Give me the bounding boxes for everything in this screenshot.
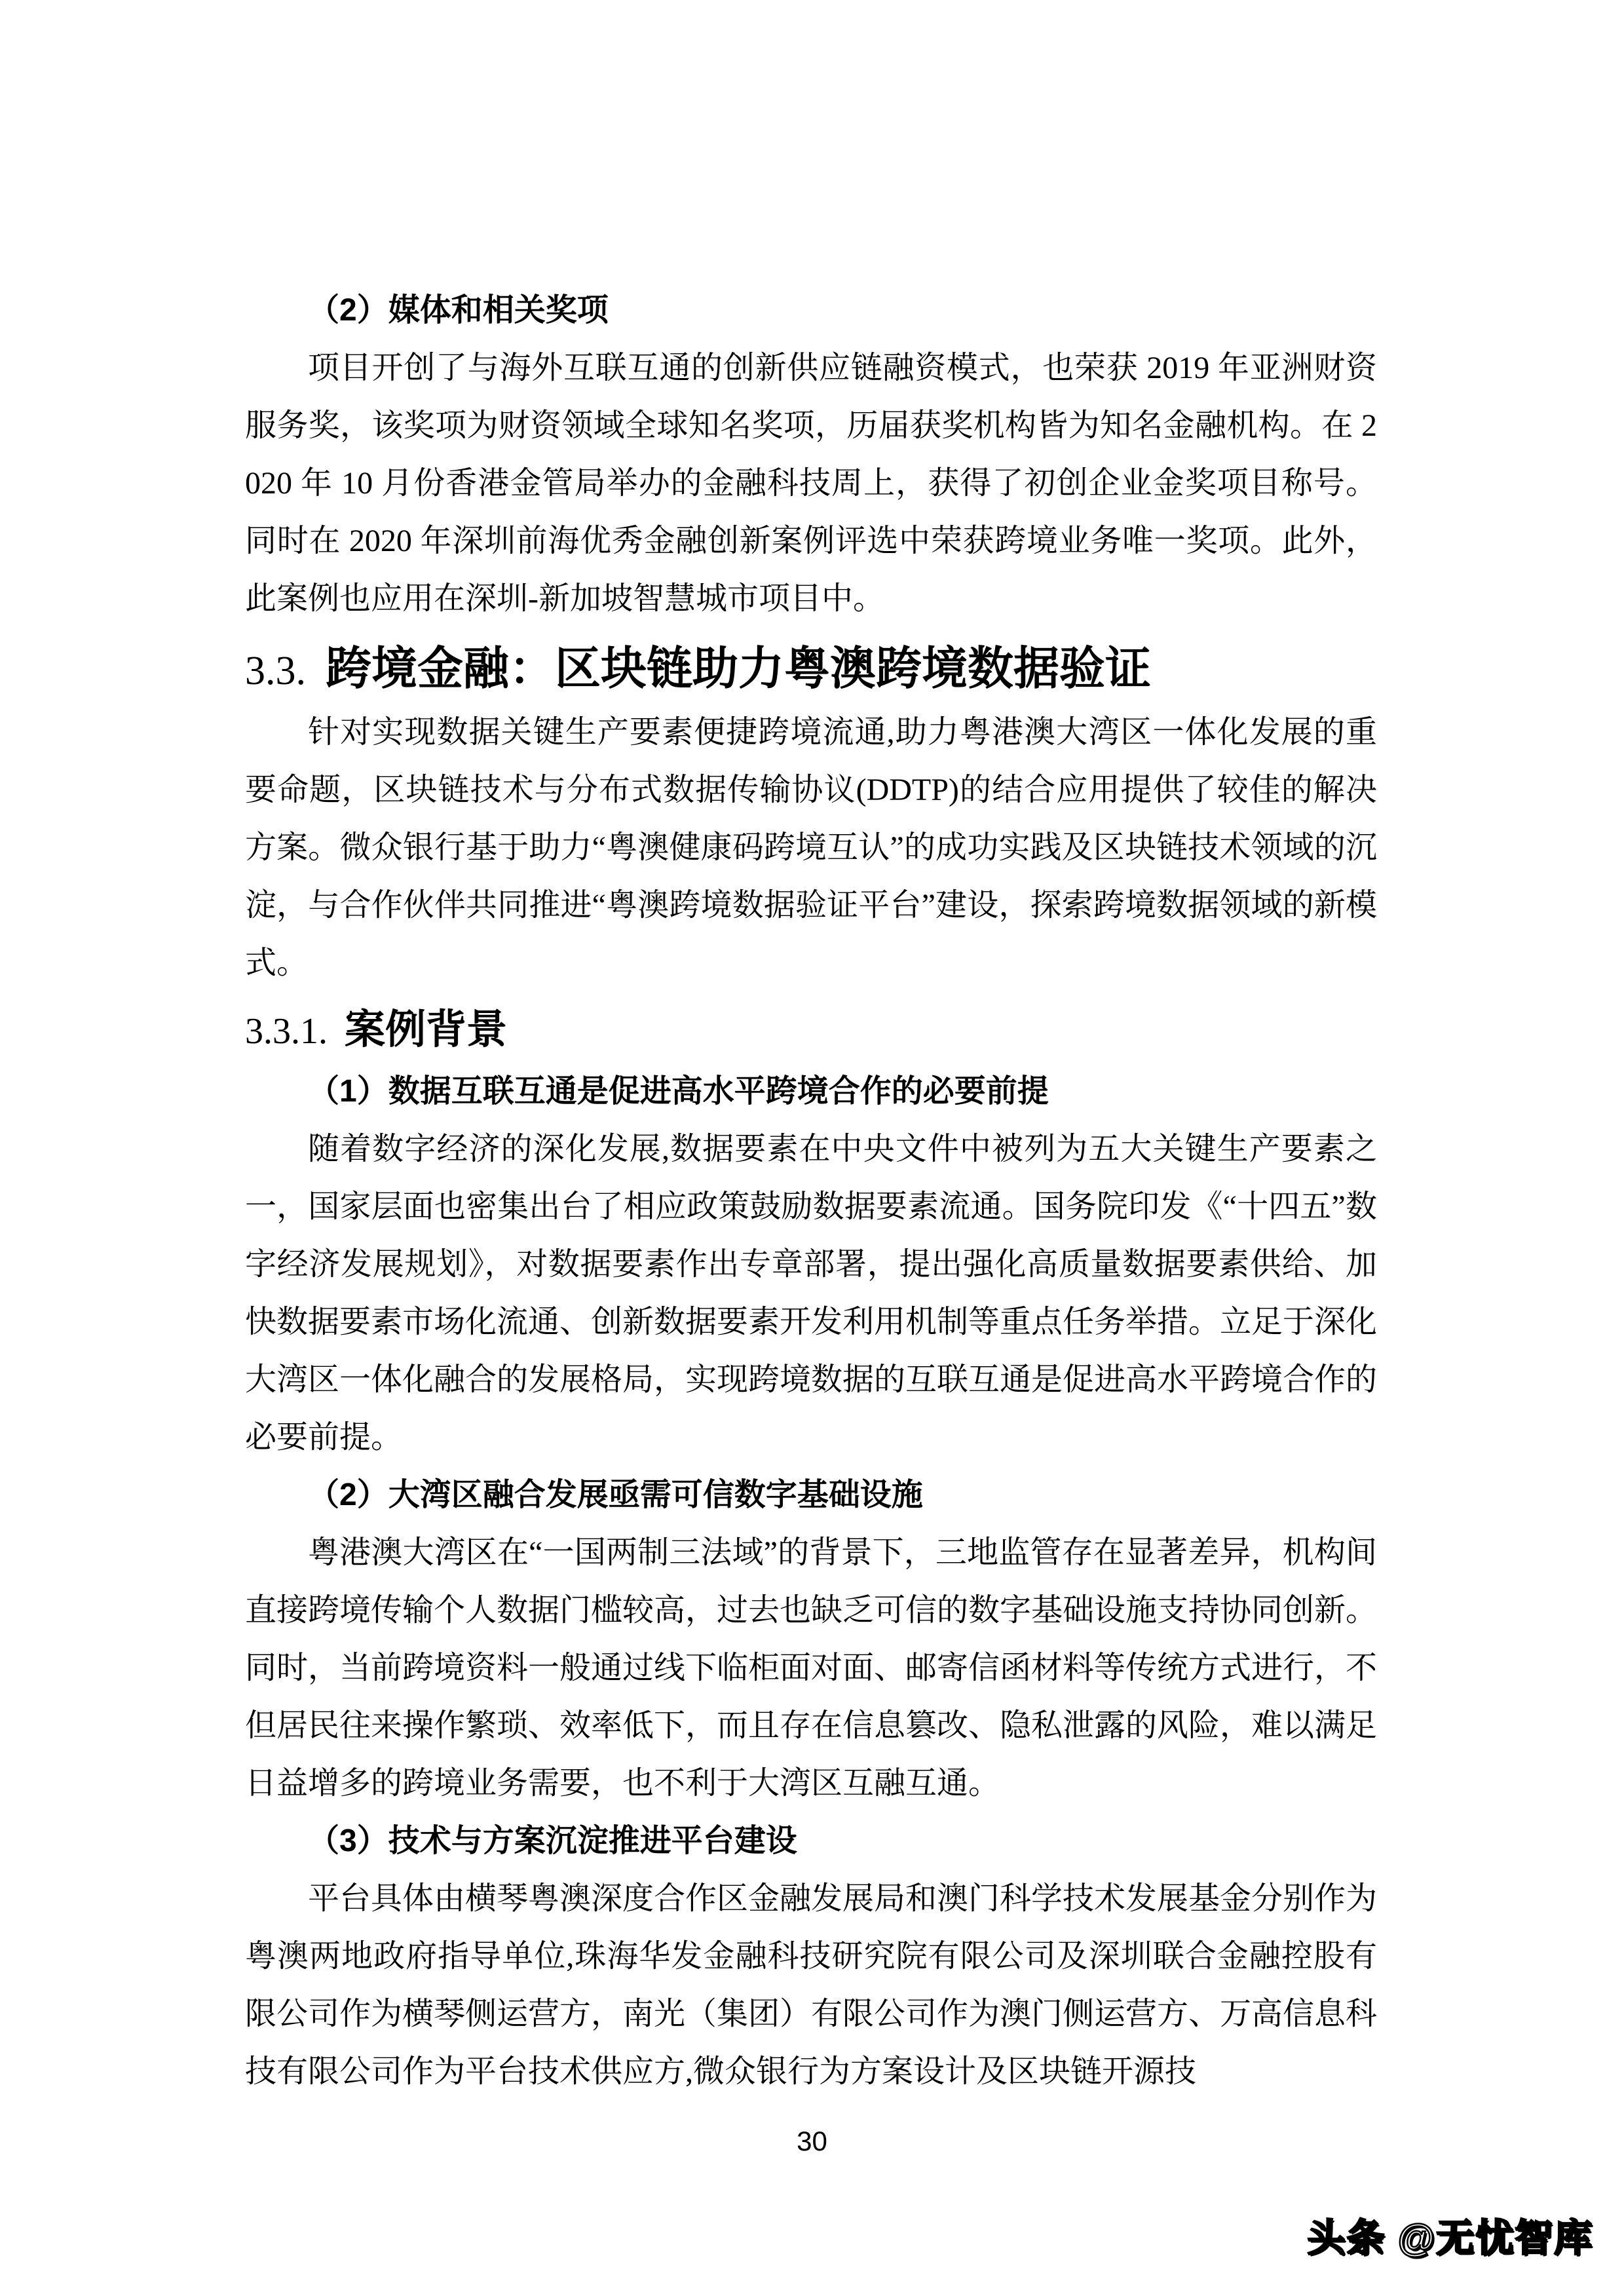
media-awards-paragraph: 项目开创了与海外互联互通的创新供应链融资模式，也荣获 2019 年亚洲财资服务奖… xyxy=(245,339,1377,628)
media-awards-heading: （2）媒体和相关奖项 xyxy=(245,282,1377,339)
case-item-1-heading: （1）数据互联互通是促进高水平跨境合作的必要前提 xyxy=(245,1063,1377,1120)
section-3-3-number: 3.3. xyxy=(245,649,306,693)
section-3-3-intro-paragraph: 针对实现数据关键生产要素便捷跨境流通,助力粤港澳大湾区一体化发展的重要命题，区块… xyxy=(245,704,1377,992)
page-number: 30 xyxy=(0,2126,1624,2156)
subsection-3-3-1-number: 3.3.1. xyxy=(245,1011,328,1052)
watermark: 头条 @无忧智库 xyxy=(1307,2217,1593,2259)
subsection-3-3-1-title: 案例背景 xyxy=(345,1007,507,1052)
case-item-2-heading: （2）大湾区融合发展亟需可信数字基础设施 xyxy=(245,1466,1377,1524)
case-item-2-paragraph: 粤港澳大湾区在“一国两制三法域”的背景下，三地监管存在显著差异，机构间直接跨境传… xyxy=(245,1524,1377,1812)
case-item-3-heading: （3）技术与方案沉淀推进平台建设 xyxy=(245,1812,1377,1870)
section-3-3-title: 跨境金融：区块链助力粤澳跨境数据验证 xyxy=(326,643,1151,694)
subsection-3-3-1-heading: 3.3.1.案例背景 xyxy=(245,999,1377,1063)
document-page: （2）媒体和相关奖项 项目开创了与海外互联互通的创新供应链融资模式，也荣获 20… xyxy=(0,0,1624,2296)
case-item-3-paragraph: 平台具体由横琴粤澳深度合作区金融发展局和澳门科学技术发展基金分别作为粤澳两地政府… xyxy=(245,1870,1377,2101)
case-item-1-paragraph: 随着数字经济的深化发展,数据要素在中央文件中被列为五大关键生产要素之一，国家层面… xyxy=(245,1120,1377,1466)
section-3-3-heading: 3.3.跨境金融：区块链助力粤澳跨境数据验证 xyxy=(245,636,1377,704)
